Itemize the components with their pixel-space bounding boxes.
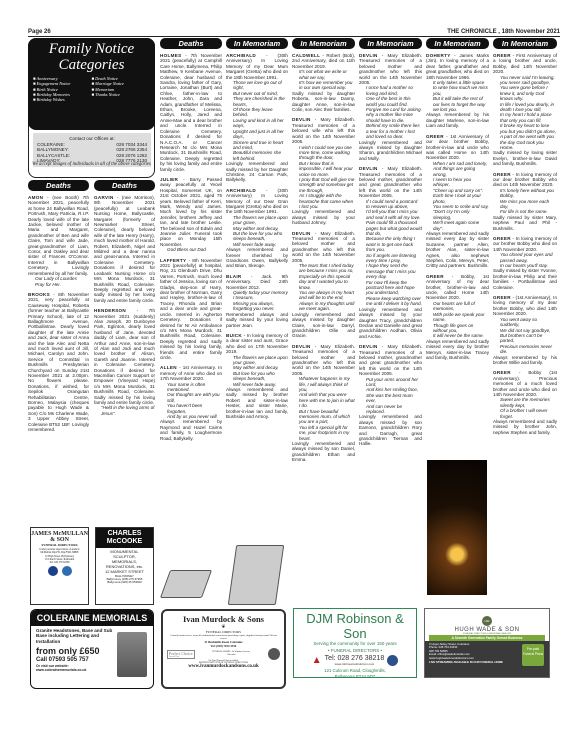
notice-signoff: Always remembered and sadly missed every… — [426, 339, 489, 361]
wade-logo-icon: HW — [482, 616, 492, 626]
notice-verse: I once had a mother so loving and kind, … — [359, 85, 422, 139]
notice-body: HENDERSON - 7th November 2021 (suddenly)… — [94, 308, 155, 405]
ad-mccooke: CHARLES McCOOKE MONUMENTAL SCULPTOR, MEM… — [95, 527, 154, 605]
notice-text: - 8th November 2021 (peacefully) at hosp… — [160, 258, 222, 360]
notice-verse: It's not what we write or what we say, I… — [292, 69, 355, 91]
notice-verse: The flowers we place upon your grave, Ma… — [226, 355, 288, 387]
ad-services: • FUNERAL DIRECTORS • — [294, 648, 416, 653]
images-note: We accept images of individuals in all o… — [30, 162, 153, 168]
notice-surname: DEVLIN — [359, 344, 378, 349]
triangle-logo-icon: ▲ — [312, 655, 322, 666]
notice-surname: DOHERTY — [426, 53, 451, 58]
column-1: Deaths AMON - (nee Booth) 7th November 2… — [28, 180, 89, 437]
notice-body: DEVLIN - Mary Elizabeth. Treasured memor… — [359, 166, 422, 198]
notice-body: DEVLIN - Mary Elizabeth. Treasured memor… — [292, 344, 355, 376]
ad-plan: Perfect Choice — [169, 651, 193, 656]
notice-surname: DEVLIN — [359, 166, 378, 171]
notice: GREER - First Anniversary of a loving br… — [493, 53, 557, 167]
ad-prepaid-plans: Pre-paid Funeral Plans — [522, 644, 544, 666]
notice-body: ARCHIBALD - (30th Anniversary) In Loving… — [226, 53, 288, 80]
notice-body: BUICK - In loving memory of a dear siste… — [226, 333, 288, 355]
notice-body: DOHERTY - James Marks (Jim). In loving m… — [426, 53, 489, 80]
notice-verse: If I could send a postcard to Heaven up … — [359, 199, 422, 307]
notice: GREER - Bobby (1st Anniversary). Preciou… — [493, 370, 557, 435]
category-item: Thanks Notice — [92, 92, 151, 97]
notice-surname: GREER — [493, 172, 511, 177]
notice-body: DEVLIN - Mary Elizabeth. Treasured memor… — [292, 117, 355, 144]
notice-surname: GREER — [493, 370, 511, 375]
notice-body: GREER - In loving memory of our dear bro… — [493, 172, 557, 188]
notice-signoff: Always remembered by Raymond and Hazel C… — [160, 419, 222, 441]
notice-body: JULIER - Barry. Passed away peacefully a… — [160, 177, 222, 247]
notice-surname: GREER — [493, 236, 511, 241]
notice: GREER - (1st Anniversary), In loving mem… — [493, 295, 557, 365]
ad-website-link[interactable]: www.robinsonsofculcrum.com — [325, 662, 385, 666]
notice-surname: HENDERSON — [94, 308, 126, 313]
section-heading-deaths: Deaths — [160, 38, 222, 49]
notice: AMON - (nee Booth) 7th November 2021, pe… — [28, 195, 89, 287]
headstone-image — [117, 632, 147, 677]
ad-description: Granite Headstones, Base and Sub Base in… — [31, 626, 119, 646]
notice-text: - Mary Elizabeth. Treasured memories of … — [292, 231, 355, 263]
notice-body: GREER - First Anniversary of a loving br… — [493, 53, 557, 75]
badge-icon — [62, 566, 72, 576]
ad-website-link[interactable]: www.ivanmurdockandsons.co.uk — [163, 664, 284, 669]
ad-title: COLERAINE MEMORIALS — [31, 610, 153, 626]
notice-surname: GREER — [426, 274, 444, 279]
notice-verse: I wish I could see you one more time, co… — [292, 145, 355, 210]
category-item: Birthday Wishes — [33, 97, 92, 102]
ad-logos — [31, 566, 88, 576]
notice-text: - 7th November 2021 (suddenly) Alan Jose… — [94, 308, 155, 405]
notice-signoff: Lovingly remembered and always missed by… — [359, 307, 422, 339]
notice-body: DEVLIN - Mary Elizabeth. Treasured memor… — [292, 231, 355, 263]
notice-surname: ALLEN — [160, 365, 177, 370]
ad-robinson: DJM Robinson & Son Serving the community… — [293, 608, 417, 678]
badge-icon — [387, 655, 398, 666]
notice-surname: GREER — [493, 53, 511, 58]
notice-body: BROOKS - 8th November 2021, very peacefu… — [28, 292, 89, 433]
column-5: In Memoriam CALDWELL - Robert (Bob), 2nd… — [292, 38, 355, 468]
notice-signoff: Lovingly remembered and always missed by… — [292, 209, 355, 225]
ad-services: MONUMENTAL SCULPTOR, MEMORIALS, RENOVATI… — [96, 549, 153, 569]
ad-murdock: Ivan Murdock & Sons ❦ FUNERAL DIRECTORS … — [161, 609, 286, 689]
ad-mcmullan: JAMES McMULLAN & SON FUNERAL DIRECTORS U… — [30, 527, 89, 605]
ad-funeral-home: FUNERAL HOME - 2a Windsor Avenue, Colera… — [211, 651, 251, 657]
notice-verse: Sweet are the memories silently kept, Of… — [493, 397, 557, 419]
ad-title: DJM Robinson & Son — [294, 611, 416, 641]
notice-surname: LAFFERTY — [160, 258, 186, 263]
notice: ARCHIBALD - (30th Anniversary) In Loving… — [226, 188, 288, 269]
notice-surname: DEVLIN — [292, 231, 311, 236]
section-heading-memoriam: In Memoriam — [493, 38, 557, 49]
ad-title: CHARLES — [96, 530, 153, 538]
notice-body: CALDWELL - Robert (Bob), 2nd Anniversary… — [292, 53, 355, 69]
section-heading-memoriam: In Memoriam — [292, 38, 355, 49]
notice-body: LAFFERTY - 8th November 2021 (peacefully… — [160, 258, 222, 361]
badge-icon — [48, 566, 58, 576]
notice-verse: You never said I'm leaving, you never sa… — [493, 75, 557, 151]
notice-verse: Our hearts are full of memories, With pr… — [426, 301, 489, 339]
notice-signoff: Remembered always and sadly missed by yo… — [226, 312, 288, 328]
notice: BUICK - In loving memory of a dear siste… — [226, 333, 288, 420]
notice-surname: GREER — [493, 295, 511, 300]
notice-verse: Whatever happens in my life, I will alwa… — [292, 376, 355, 441]
header-rule — [28, 36, 560, 37]
bible-icon — [160, 570, 212, 598]
notice-text: - (nee Morrison), 9th November 2021 (pea… — [94, 195, 155, 303]
notice-text: - Mary Elizabeth. Treasured memories of … — [359, 166, 422, 198]
column-4: In Memoriam ARCHIBALD - (30th Anniversar… — [226, 38, 288, 424]
notice-verse: You closed your eyes and passed away, In… — [493, 252, 557, 268]
column-2: Deaths GARVIN - (nee Morrison), 9th Nove… — [94, 180, 155, 421]
notice-signoff: Lovingly remembered and always missed by… — [359, 140, 422, 162]
notice: DEVLIN - Mary Elizabeth. Treasured memor… — [359, 344, 422, 447]
notice-verse: The tears that I shed today are because … — [292, 263, 355, 312]
notice: DEVLIN - Mary Elizabeth. Treasured memor… — [292, 344, 355, 463]
notice-surname: GREER — [426, 134, 444, 139]
notice: HOLMES - 7th November 2021 (peacefully) … — [160, 53, 222, 172]
notice-body: AMON - (nee Booth) 7th November 2021, pe… — [28, 195, 89, 276]
notice-text: - Barry. Passed away peacefully at Yeovi… — [160, 177, 222, 247]
notice-surname: JULIER — [160, 177, 178, 182]
notice-verse: The flowers we place upon your grave, Ma… — [226, 215, 288, 247]
notice-surname: GARVIN — [94, 195, 114, 200]
ad-coleraine-memorials: COLERAINE MEMORIALS Granite Headstones, … — [30, 609, 154, 689]
notice-signoff: Always remembered and sadly missed every… — [426, 231, 489, 269]
notice-body: GREER - (1st Anniversary), In loving mem… — [493, 295, 557, 317]
notice-signoff: Always remembered by his brother Willie … — [493, 355, 557, 366]
notice-surname: BROOKS — [28, 292, 50, 297]
column-6: In Memoriam DEVLIN - Mary Elizabeth. Tre… — [359, 38, 422, 452]
notice-body: GREER - Bobby (1st Anniversary). Preciou… — [493, 370, 557, 397]
notice-body: GREER - In loving memory of our brother … — [493, 236, 557, 252]
notice-text: - (nee Booth) 7th November 2021, peacefu… — [28, 195, 89, 276]
notice-surname: AMON — [28, 195, 43, 200]
notice-text: - Mary Elizabeth. Treasured memories of … — [292, 344, 355, 376]
notice-verse: It's lonely here without you Bobby, We m… — [493, 188, 557, 215]
page-number: Page 26 — [28, 29, 51, 35]
notice-body: GREER - 1st Anniversary of our dear brot… — [426, 134, 489, 161]
notice-verse: "Held in the loving arms of Jesus". — [94, 405, 155, 416]
notice-body: BLAIR - Jack. 9th Anniversary. Died 24th… — [226, 274, 288, 290]
notice-verse: Put your arms around her Lord, And kiss … — [359, 377, 422, 415]
notice-body: GREER - Bobby, 1st Anniversary of my dea… — [426, 274, 489, 301]
masthead: THE CHRONICLE , 18th November 2021 — [440, 29, 560, 35]
notice: DEVLIN - Mary Elizabeth. Treasured memor… — [292, 231, 355, 339]
column-7: In Memoriam DOHERTY - James Marks (Jim).… — [426, 38, 489, 365]
notice-verse: Your name is often mentioned. Our though… — [160, 382, 222, 420]
badge-icon — [268, 648, 280, 660]
notice-surname: HOLMES — [160, 53, 181, 58]
notice: DEVLIN - Mary Elizabeth. Treasured memor… — [359, 53, 422, 161]
title-line-1: Family Notice — [28, 41, 155, 57]
notice: GREER - In loving memory of our dear bro… — [493, 172, 557, 231]
notice-text: - Mary Elizabeth. Treasured memories of … — [359, 344, 422, 376]
notice-verse: God Bless our Dad — [160, 247, 222, 252]
notice-signoff: Sadly missed by loving sister Evelyn, br… — [493, 150, 557, 166]
notice-body: DEVLIN - Mary Elizabeth. Treasured memor… — [359, 344, 422, 376]
notice: BROOKS - 8th November 2021, very peacefu… — [28, 292, 89, 433]
ad-phones: Ballymoney (028) 276 67965 Ballymena (02… — [96, 578, 153, 585]
notice-signoff: Always remembered and sadly missed by br… — [226, 387, 288, 419]
notice-surname: BLAIR — [226, 274, 242, 279]
ad-phone: Tel: 028 276 38218 — [325, 655, 385, 662]
notice-verse: Our Lady of Lourdes Pray for Her. — [28, 276, 89, 287]
ad-address: 22 High Street, Ballymoney 18 Church Str… — [31, 555, 88, 564]
notice: GREER - 1st Anniversary of our dear brot… — [426, 134, 489, 269]
notice: DOHERTY - James Marks (Jim). In loving m… — [426, 53, 489, 129]
notice-surname: CALDWELL — [292, 53, 320, 58]
notice-surname: DEVLIN — [292, 117, 311, 122]
notice: JULIER - Barry. Passed away peacefully a… — [160, 177, 222, 253]
ad-subtitle: Serving the community for over 150 years — [294, 641, 416, 646]
notice-surname: ARCHIBALD — [226, 188, 256, 193]
bible-icon — [228, 545, 284, 605]
notice-signoff: Lovingly remembered and sadly missed by … — [226, 161, 288, 183]
column-3: Deaths HOLMES - 7th November 2021 (peace… — [160, 38, 222, 446]
notice-body: GARVIN - (nee Morrison), 9th November 20… — [94, 195, 155, 303]
notice-surname: DEVLIN — [359, 53, 378, 58]
section-heading-deaths: Deaths — [28, 180, 89, 191]
ad-title: McCOOKE — [96, 538, 153, 546]
notice: ALLEN - 1st Anniversary. In memory of An… — [160, 365, 222, 441]
notice-verse: When I am sad and lonely, And things are… — [426, 161, 489, 231]
ad-hugh-wade: HW HUGH WADE & SON FUNERAL DIRECTORS & M… — [424, 608, 550, 678]
notice: DEVLIN - Mary Elizabeth. Treasured memor… — [292, 117, 355, 225]
notice-verse: You went away so suddenly, We did not sa… — [493, 317, 557, 355]
notice-surname: DEVLIN — [292, 344, 311, 349]
candle-photo — [427, 460, 487, 595]
notice: GARVIN - (nee Morrison), 9th November 20… — [94, 195, 155, 303]
notice-signoff: Always remembered by his daughter Marlen… — [426, 112, 489, 128]
notice: HENDERSON - 7th November 2021 (suddenly)… — [94, 308, 155, 416]
notice-signoff: Lovingly remembered and always missed by… — [292, 312, 355, 339]
notice: GREER - Bobby, 1st Anniversary of my dea… — [426, 274, 489, 361]
notice-text: - 7th November 2021 (peacefully) at Camp… — [160, 53, 222, 172]
notice-verse: Quietly today your memory I treasure, Mi… — [226, 290, 288, 312]
notice: CALDWELL - Robert (Bob), 2nd Anniversary… — [292, 53, 355, 112]
category-list: Anniversary Death Notice Engagement Noti… — [28, 73, 155, 105]
notice-body: DEVLIN - Mary Elizabeth. Treasured memor… — [359, 53, 422, 85]
ad-title: Ivan Murdock & Sons — [163, 614, 284, 624]
categories-title: Family Notice Categories — [28, 41, 155, 73]
notice-body: ARCHIBALD - (30th Anniversary) In Loving… — [226, 188, 288, 215]
title-line-2: Categories — [28, 57, 155, 73]
section-heading-memoriam: In Memoriam — [426, 38, 489, 49]
notice-signoff: Always remembered and forever cherished … — [226, 247, 288, 269]
column-8: In Memoriam GREER - First Anniversary of… — [493, 38, 557, 440]
section-heading-memoriam: In Memoriam — [226, 38, 288, 49]
notice: ARCHIBALD - (30th Anniversary) In Loving… — [226, 53, 288, 183]
ad-address: 121 Culcrum Road, Cloughmills, Ballymena… — [294, 668, 416, 678]
notice-signoff: Sadly missed by sister Mary, nephew Paul… — [493, 215, 557, 231]
notice-surname: BUICK — [226, 333, 242, 338]
notice-text: - Mary Elizabeth. Treasured memories of … — [359, 53, 422, 85]
section-heading-deaths: Deaths — [94, 180, 155, 191]
notice-body: ALLEN - 1st Anniversary. In memory of An… — [160, 365, 222, 381]
ad-note: Under personal supervision of Andrew McM… — [31, 547, 88, 555]
notice-verse: It only takes a little space to write ho… — [426, 80, 489, 112]
notice-signoff: Always remembered and sadly missed by br… — [493, 419, 557, 435]
notice-verse: Those we love go out of sight, But never… — [226, 80, 288, 161]
notice: LAFFERTY - 8th November 2021 (peacefully… — [160, 258, 222, 361]
notice-signoff: Lovingly remembered and always missed by… — [359, 414, 422, 446]
notice-surname: ARCHIBALD — [226, 53, 256, 58]
notice-signoff: Sadly missed by daughter Roberta, son-in… — [292, 91, 355, 113]
notice-signoff: Lovingly remembered and always missed by… — [292, 441, 355, 463]
notice: GREER - In loving memory of our brother … — [493, 236, 557, 290]
notice: DEVLIN - Mary Elizabeth. Treasured memor… — [359, 166, 422, 339]
notice: BLAIR - Jack. 9th Anniversary. Died 24th… — [226, 274, 288, 328]
notice-body: HOLMES - 7th November 2021 (peacefully) … — [160, 53, 222, 172]
notice-text: - 8th November 2021, very peacefully at … — [28, 292, 89, 432]
notice-signoff: Sadly missed by sister Yvonne, brother-i… — [493, 268, 557, 290]
section-heading-memoriam: In Memoriam — [359, 38, 422, 49]
categories-box: Family Notice Categories Anniversary Dea… — [28, 38, 155, 130]
ad-plan-sub: Funeral Plan — [169, 656, 193, 658]
